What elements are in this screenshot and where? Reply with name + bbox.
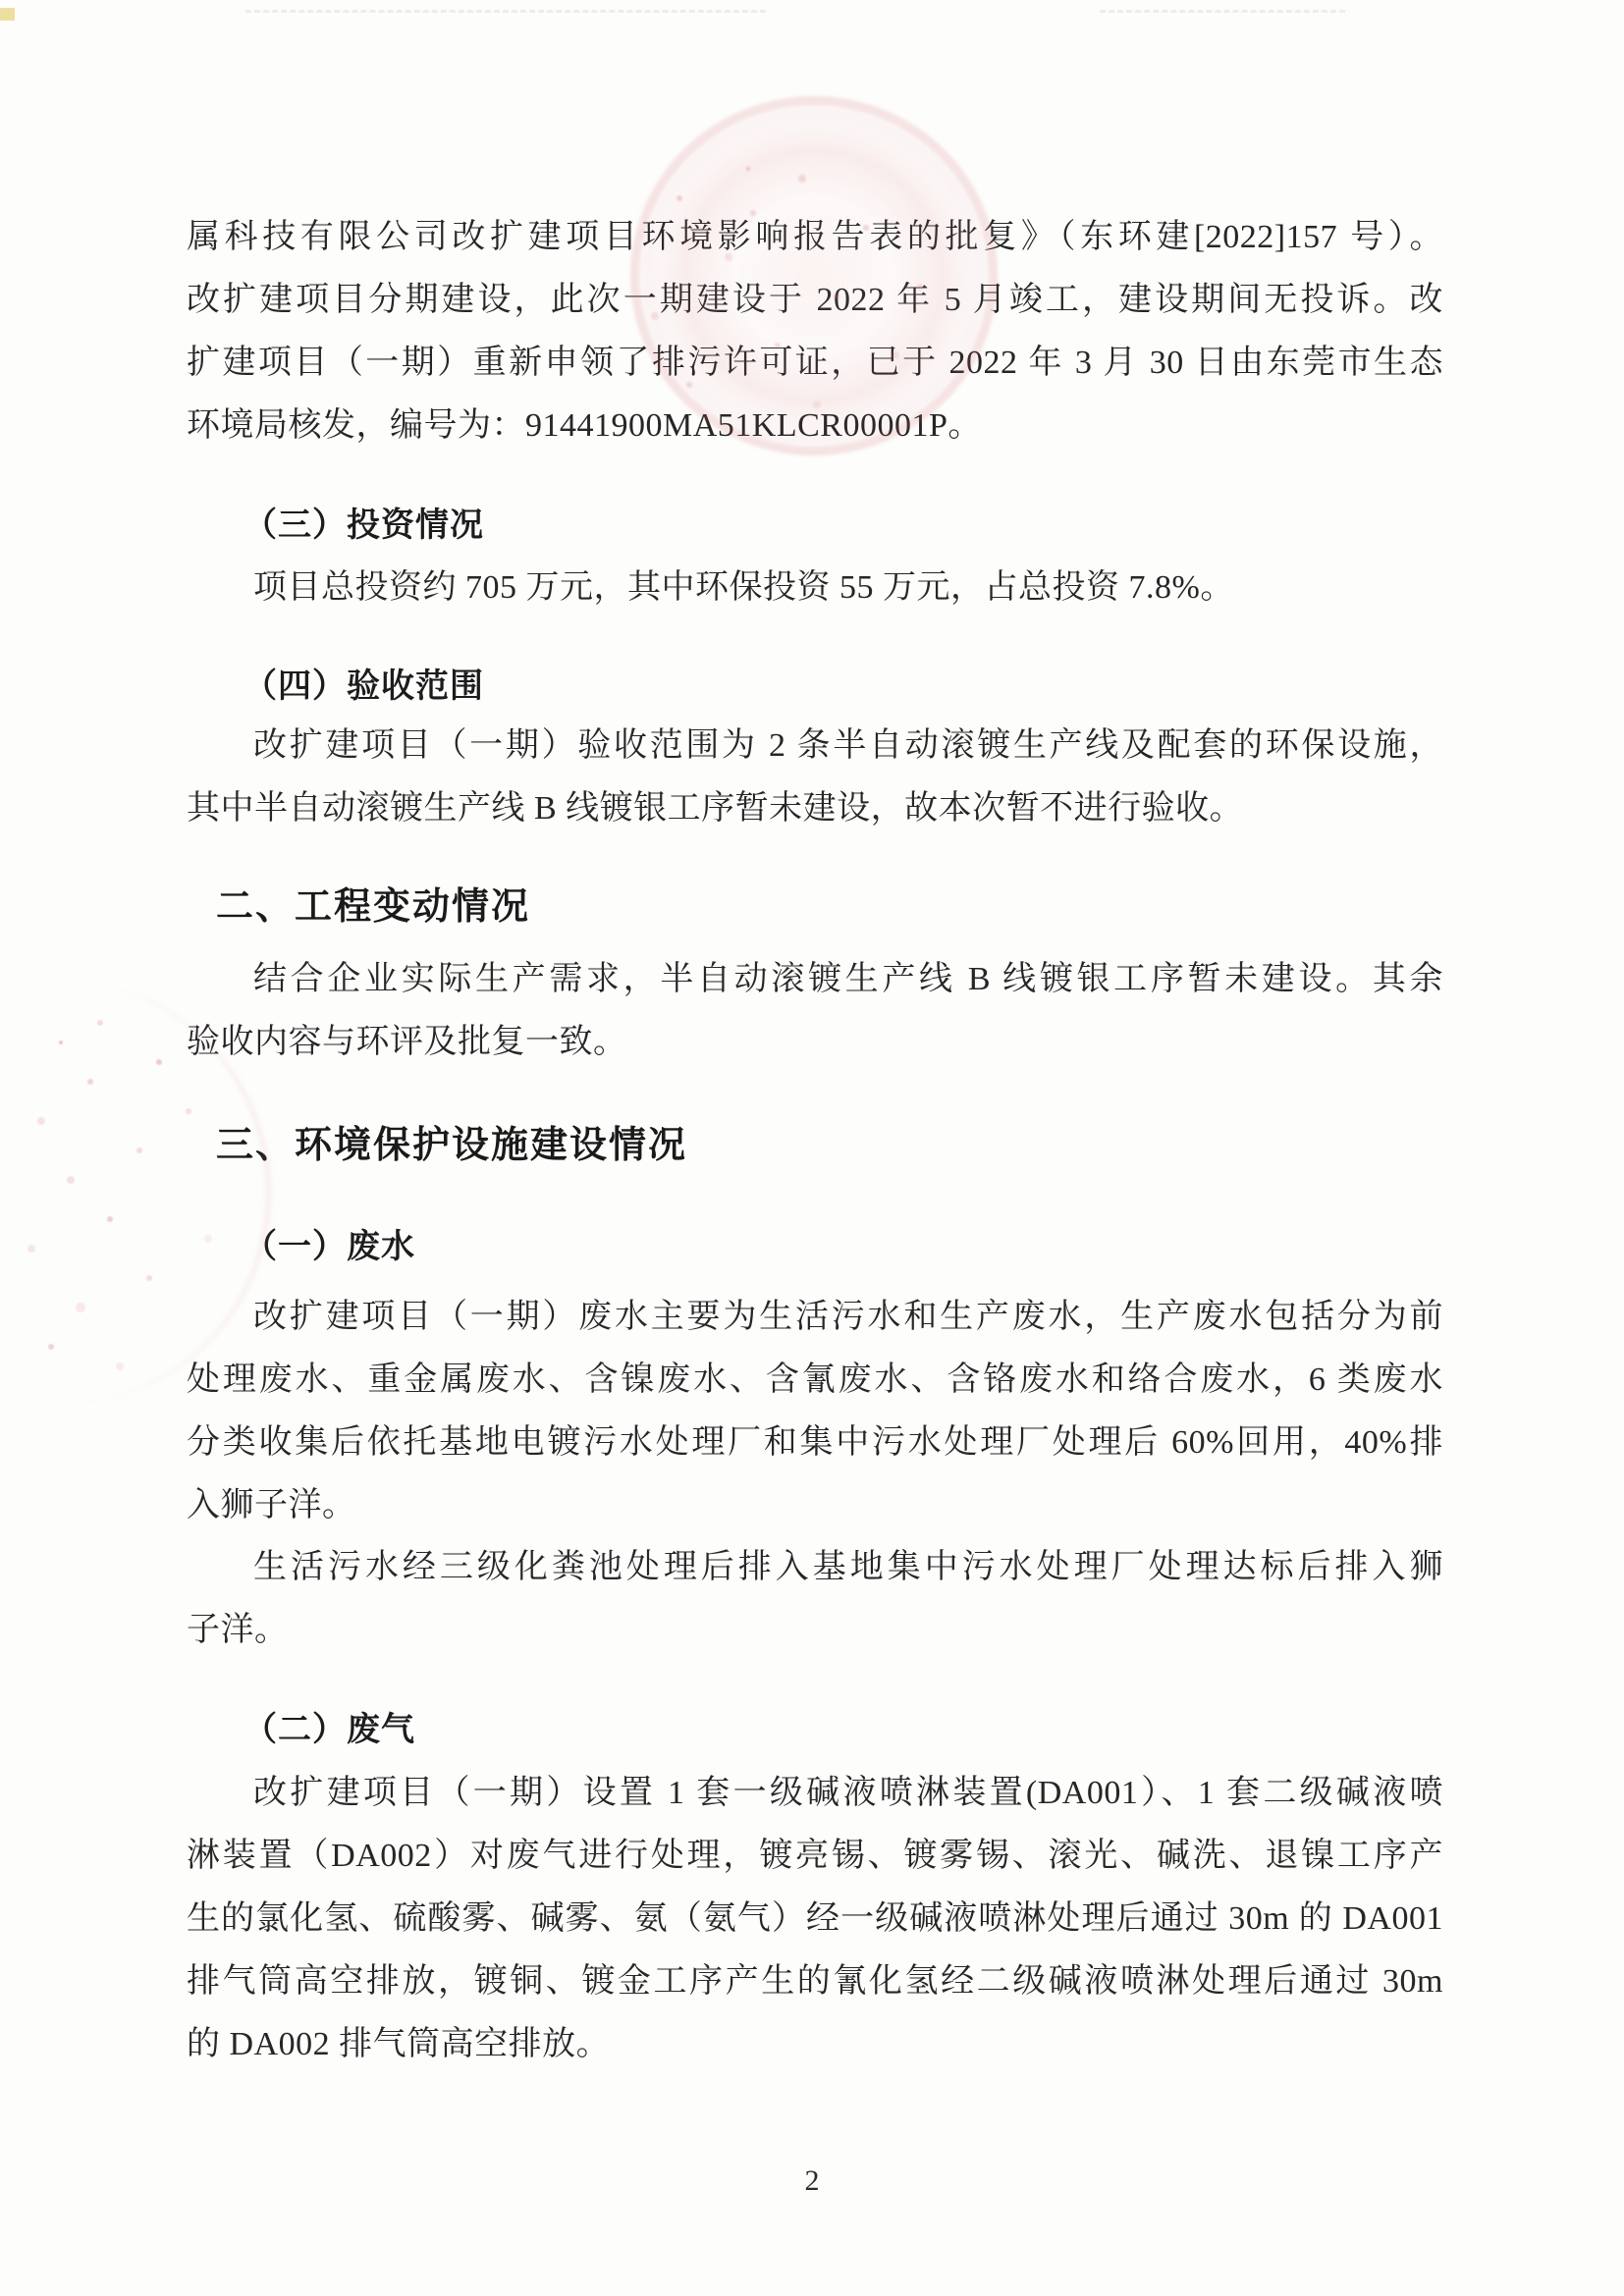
text-line: 改扩建项目（一期）验收范围为 2 条半自动滚镀生产线及配套的环保设施，: [187, 715, 1443, 777]
para-project-changes: 结合企业实际生产需求，半自动滚镀生产线 B 线镀银工序暂未建设。其余验收内容与环…: [187, 948, 1443, 1074]
text-line: 的 DA002 排气筒高空排放。: [187, 2013, 1443, 2076]
red-seal-fragment-speckles: [59, 1041, 63, 1044]
text-line: 分类收集后依托基地电镀污水处理厂和集中污水处理厂处理后 60%回用，40%排: [187, 1412, 1443, 1474]
document-body: 属科技有限公司改扩建项目环境影响报告表的批复》（东环建[2022]157 号）。…: [187, 0, 1443, 2296]
para-acceptance-scope: 改扩建项目（一期）验收范围为 2 条半自动滚镀生产线及配套的环保设施，其中半自动…: [187, 715, 1443, 840]
para-approval-continuation: 属科技有限公司改扩建项目环境影响报告表的批复》（东环建[2022]157 号）。…: [187, 206, 1443, 457]
scan-corner-artifact: [0, 8, 15, 21]
heading-acceptance-scope: （四）验收范围: [244, 667, 1500, 707]
heading-env-facilities: 三、环境保护设施建设情况: [216, 1123, 1473, 1168]
text-line: 生活污水经三级化粪池处理后排入基地集中污水处理厂处理达标后排入狮: [187, 1536, 1443, 1599]
page-number: 2: [0, 2163, 1624, 2199]
heading-waste-gas: （二）废气: [244, 1710, 1500, 1750]
text-line: 扩建项目（一期）重新申领了排污许可证，已于 2022 年 3 月 30 日由东莞…: [187, 332, 1443, 395]
heading-wastewater: （一）废水: [244, 1227, 1500, 1267]
heading-project-changes: 二、工程变动情况: [216, 884, 1473, 930]
para-wastewater-1: 改扩建项目（一期）废水主要为生活污水和生产废水，生产废水包括分为前处理废水、重金…: [187, 1286, 1443, 1537]
text-line: 结合企业实际生产需求，半自动滚镀生产线 B 线镀银工序暂未建设。其余: [187, 948, 1443, 1011]
para-waste-gas: 改扩建项目（一期）设置 1 套一级碱液喷淋装置(DA001）、1 套二级碱液喷淋…: [187, 1762, 1443, 2076]
text-line: 改扩建项目分期建设，此次一期建设于 2022 年 5 月竣工，建设期间无投诉。改: [187, 269, 1443, 332]
text-line: 排气筒高空排放，镀铜、镀金工序产生的氰化氢经二级碱液喷淋处理后通过 30m: [187, 1950, 1443, 2013]
para-investment: 项目总投资约 705 万元，其中环保投资 55 万元，占总投资 7.8%。: [187, 557, 1443, 619]
text-line: 生的氯化氢、硫酸雾、碱雾、氨（氨气）经一级碱液喷淋处理后通过 30m 的 DA0…: [187, 1888, 1443, 1950]
text-line: 改扩建项目（一期）设置 1 套一级碱液喷淋装置(DA001）、1 套二级碱液喷: [187, 1762, 1443, 1825]
para-wastewater-2: 生活污水经三级化粪池处理后排入基地集中污水处理厂处理达标后排入狮子洋。: [187, 1536, 1443, 1662]
text-line: 子洋。: [187, 1599, 1443, 1662]
text-line: 处理废水、重金属废水、含镍废水、含氰废水、含铬废水和络合废水，6 类废水: [187, 1349, 1443, 1412]
text-line: 环境局核发，编号为：91441900MA51KLCR00001P。: [187, 395, 1443, 457]
text-line: 淋装置（DA002）对废气进行处理，镀亮锡、镀雾锡、滚光、碱洗、退镍工序产: [187, 1825, 1443, 1888]
text-line: 改扩建项目（一期）废水主要为生活污水和生产废水，生产废水包括分为前: [187, 1286, 1443, 1349]
heading-investment: （三）投资情况: [244, 506, 1500, 546]
text-line: 项目总投资约 705 万元，其中环保投资 55 万元，占总投资 7.8%。: [187, 557, 1443, 619]
text-line: 属科技有限公司改扩建项目环境影响报告表的批复》（东环建[2022]157 号）。: [187, 206, 1443, 269]
text-line: 验收内容与环评及批复一致。: [187, 1011, 1443, 1074]
document-page: 属科技有限公司改扩建项目环境影响报告表的批复》（东环建[2022]157 号）。…: [0, 0, 1624, 2296]
text-line: 其中半自动滚镀生产线 B 线镀银工序暂未建设，故本次暂不进行验收。: [187, 777, 1443, 840]
text-line: 入狮子洋。: [187, 1474, 1443, 1537]
